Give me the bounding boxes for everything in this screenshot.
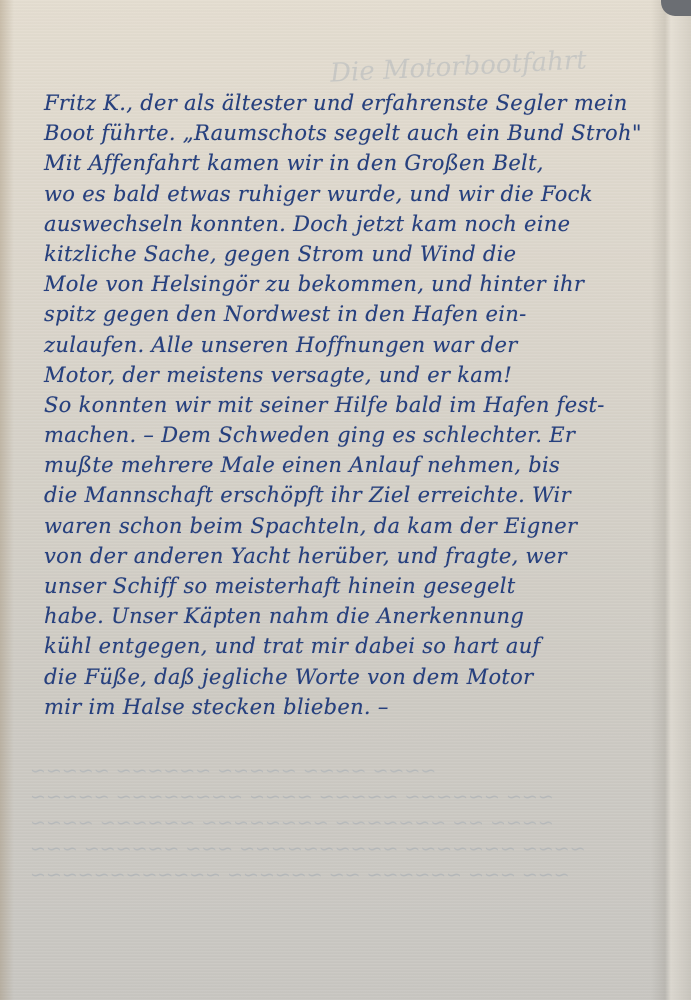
- text-line: unser Schiff so meisterhaft hinein geseg…: [44, 571, 674, 601]
- text-line: machen. – Dem Schweden ging es schlechte…: [44, 420, 674, 450]
- text-line: zulaufen. Alle unseren Hoffnungen war de…: [44, 330, 674, 360]
- page-edge-shadow: [0, 0, 14, 1000]
- text-line: die Mannschaft erschöpft ihr Ziel erreic…: [44, 480, 674, 510]
- text-line: Motor, der meistens versagte, und er kam…: [44, 360, 674, 390]
- text-line: habe. Unser Käpten nahm die Anerkennung: [44, 601, 674, 631]
- bleed-line: ~~~~ ~~ ~~~~~~~ ~~~~~~~~ ~~~~~~ ~~~~: [30, 812, 670, 838]
- text-line: mir im Halse stecken blieben. –: [44, 692, 674, 722]
- bleed-line: ~~~~ ~~~~~~~ ~~~~~~~~~~ ~~~ ~~~~~~ ~~~: [30, 838, 670, 864]
- bleed-through-text: ~~~~ ~~~~ ~~~~~ ~~~~~~ ~~~~~ ~~~ ~~~~~~ …: [30, 760, 670, 890]
- text-line: wo es bald etwas ruhiger wurde, und wir …: [44, 179, 674, 209]
- text-line: kitzliche Sache, gegen Strom und Wind di…: [44, 239, 674, 269]
- text-line: auswechseln konnten. Doch jetzt kam noch…: [44, 209, 674, 239]
- text-line: waren schon beim Spachteln, da kam der E…: [44, 511, 674, 541]
- bleed-line: ~~~ ~~~~~~ ~~~~~ ~~~~ ~~~~~~~~ ~~~~~: [30, 786, 670, 812]
- bleed-line: ~~~ ~~~ ~~~~~~ ~~ ~~~~~~ ~~~~~~~~~~~~: [30, 864, 670, 890]
- text-line: Mole von Helsingör zu bekommen, und hint…: [44, 269, 674, 299]
- text-line: die Füße, daß jegliche Worte von dem Mot…: [44, 662, 674, 692]
- handwritten-text: Fritz K., der als ältester und erfahrens…: [44, 88, 674, 722]
- text-line: Mit Affenfahrt kamen wir in den Großen B…: [44, 148, 674, 178]
- notebook-page: Die Motorbootfahrt Fritz K., der als ält…: [0, 0, 691, 1000]
- bleed-through-title: Die Motorbootfahrt: [329, 45, 587, 88]
- text-line: So konnten wir mit seiner Hilfe bald im …: [44, 390, 674, 420]
- text-line: spitz gegen den Nordwest in den Hafen ei…: [44, 299, 674, 329]
- text-line: von der anderen Yacht herüber, und fragt…: [44, 541, 674, 571]
- bleed-line: ~~~~ ~~~~ ~~~~~ ~~~~~~ ~~~~~: [30, 760, 670, 786]
- text-line: Boot führte. „Raumschots segelt auch ein…: [44, 118, 674, 148]
- text-line: mußte mehrere Male einen Anlauf nehmen, …: [44, 450, 674, 480]
- text-line: Fritz K., der als ältester und erfahrens…: [44, 88, 674, 118]
- text-line: kühl entgegen, und trat mir dabei so har…: [44, 631, 674, 661]
